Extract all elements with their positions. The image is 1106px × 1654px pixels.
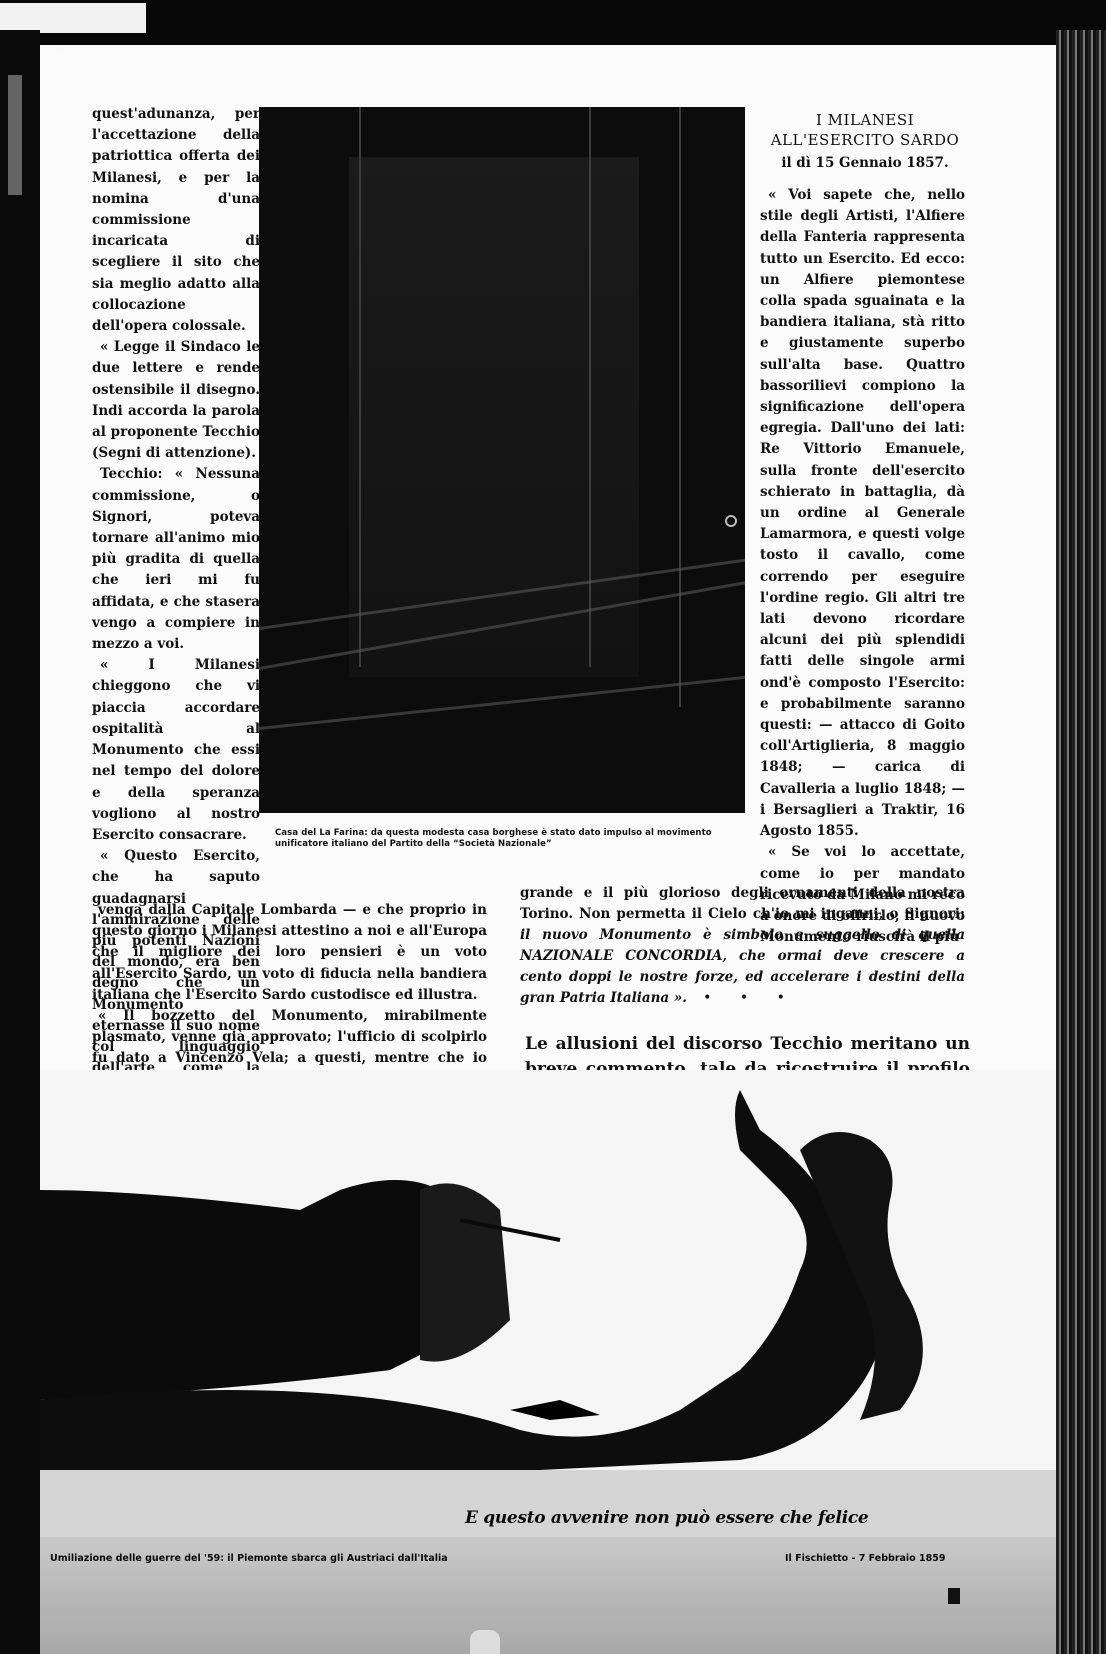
scan-frame-top xyxy=(0,0,1106,45)
scan-bottom-notch xyxy=(470,1630,500,1654)
photo-caption: Casa del La Farina: da questa modesta ca… xyxy=(275,828,735,850)
cartoon-caption: E questo avvenire non può essere che fel… xyxy=(465,1508,985,1528)
satirical-cartoon xyxy=(40,1070,1056,1550)
text-plain: grande e il più glorioso degli ornamenti… xyxy=(520,885,965,922)
paragraph: quest'adunanza, per l'accettazione della… xyxy=(92,104,260,337)
section-date: il dì 15 Gennaio 1857. xyxy=(760,155,970,171)
paragraph: « I Milanesi chieggono che vi piaccia ac… xyxy=(92,655,260,846)
page-corner-mark xyxy=(948,1588,960,1604)
paragraph: « Legge il Sindaco le due lettere e rend… xyxy=(92,337,260,464)
footer-caption-left: Umiliazione delle guerre del '59: il Pie… xyxy=(50,1553,448,1564)
title-line-2: ALL'ESERCITO SARDO xyxy=(760,130,970,150)
photo-casa-la-farina xyxy=(259,107,745,813)
paragraph: venga dalla Capitale Lombarda — e che pr… xyxy=(92,900,487,1006)
scan-frame-tab xyxy=(0,0,146,33)
section-title: I MILANESI ALL'ESERCITO SARDO xyxy=(760,110,970,150)
footer-caption-right: Il Fischietto - 7 Febbraio 1859 xyxy=(785,1553,945,1564)
paragraph: Tecchio: « Nessuna commissione, o Signor… xyxy=(92,464,260,655)
scan-frame-left xyxy=(0,30,40,1654)
right-text-column: « Voi sapete che, nello stile degli Arti… xyxy=(760,185,965,948)
door-knob xyxy=(725,515,737,527)
section-separator: • • • xyxy=(690,990,810,1006)
paragraph: « Voi sapete che, nello stile degli Arti… xyxy=(760,185,965,842)
scan-frame-right xyxy=(1056,30,1106,1654)
photo-door xyxy=(349,157,639,677)
title-line-1: I MILANESI xyxy=(760,110,970,130)
